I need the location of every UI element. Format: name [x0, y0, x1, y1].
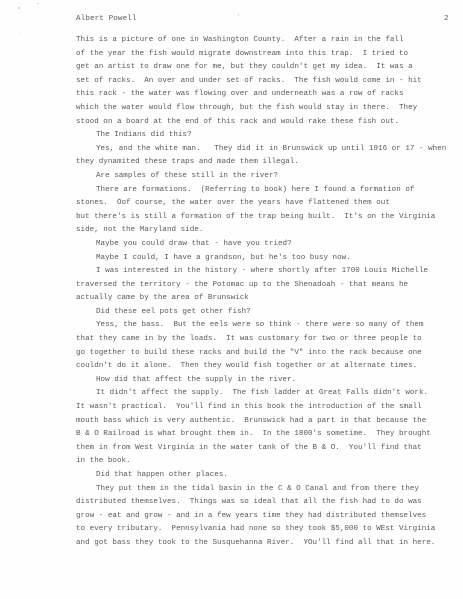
text-line: set of racks. An over and under set of r… — [76, 75, 462, 89]
paragraph-first-line: Are samples of these still in the river? — [76, 170, 462, 184]
text-line: but there's is still a formation of the … — [76, 211, 462, 225]
text-line: this rack - the water was flowing over a… — [76, 88, 462, 102]
text-line: grow - eat and grow - and in a few years… — [76, 510, 462, 524]
paragraph-first-line: Did that happen other places. — [76, 469, 462, 483]
paragraph-first-line: It didn't affect the supply. The fish la… — [76, 387, 462, 401]
paper-speck — [19, 33, 20, 34]
text-line: them in from West Virginia in the water … — [76, 442, 462, 456]
paragraph-first-line: How did that affect the supply in the ri… — [76, 374, 462, 388]
paragraph-first-line: Yess, the bass. But the eels were so thi… — [76, 319, 462, 333]
text-line: This is a picture of one in Washington C… — [76, 34, 462, 48]
text-line: stood on a board at the end of this rack… — [76, 116, 462, 130]
paragraph-first-line: They put them in the tidal basin in the … — [76, 483, 462, 497]
transcript-body: This is a picture of one in Washington C… — [76, 34, 462, 551]
text-line: of the year the fish would migrate downs… — [76, 48, 462, 62]
header-author-name: Albert Powell — [76, 15, 137, 23]
paper-speck — [238, 14, 239, 16]
document-page: Albert Powell 2 This is a picture of one… — [0, 0, 463, 599]
paragraph-first-line: Maybe I could, I have a grandson, but he… — [76, 252, 462, 266]
paper-speck — [37, 3, 39, 4]
paragraph-first-line: Maybe you could draw that - have you tri… — [76, 238, 462, 252]
text-line: actually came by the area of Brunswick — [76, 292, 462, 306]
text-line: to every tributary. Pennsylvania had non… — [76, 523, 462, 537]
text-line: B & O Railroad is what brought them in. … — [76, 428, 462, 442]
text-line: traversed the territory - the Potomac up… — [76, 279, 462, 293]
text-line: It wasn't practical. You'll find in this… — [76, 401, 462, 415]
text-line: stones. Oof course, the water over the y… — [76, 197, 462, 211]
paper-speck — [18, 7, 20, 9]
text-line: distributed themselves. Things was so id… — [76, 496, 462, 510]
text-line: side, not the Maryland side. — [76, 224, 462, 238]
text-line: get an artist to draw one for me, but th… — [76, 61, 462, 75]
text-line: they dynamited these traps and made them… — [76, 156, 462, 170]
text-line: that they came in by the loads. It was c… — [76, 333, 462, 347]
page-number: 2 — [444, 15, 449, 23]
text-line: which the water would flow through, but … — [76, 102, 462, 116]
text-line: mouth bass which is very authentic. Brun… — [76, 415, 462, 429]
paragraph-first-line: I was interested in the history - where … — [76, 265, 462, 279]
text-line: and got bass they took to the Susquehann… — [76, 537, 462, 551]
text-line: couldn't do it alone. Then they would fi… — [76, 360, 462, 374]
paragraph-first-line: The Indians did this? — [76, 129, 462, 143]
paragraph-first-line: Yes, and the white man. They did it in B… — [76, 143, 462, 157]
text-line: go together to build these racks and bui… — [76, 347, 462, 361]
paragraph-first-line: There are formations. (Referring to book… — [76, 184, 462, 198]
text-line: in the book. — [76, 455, 462, 469]
paragraph-first-line: Did these eel pots get other fish? — [76, 306, 462, 320]
